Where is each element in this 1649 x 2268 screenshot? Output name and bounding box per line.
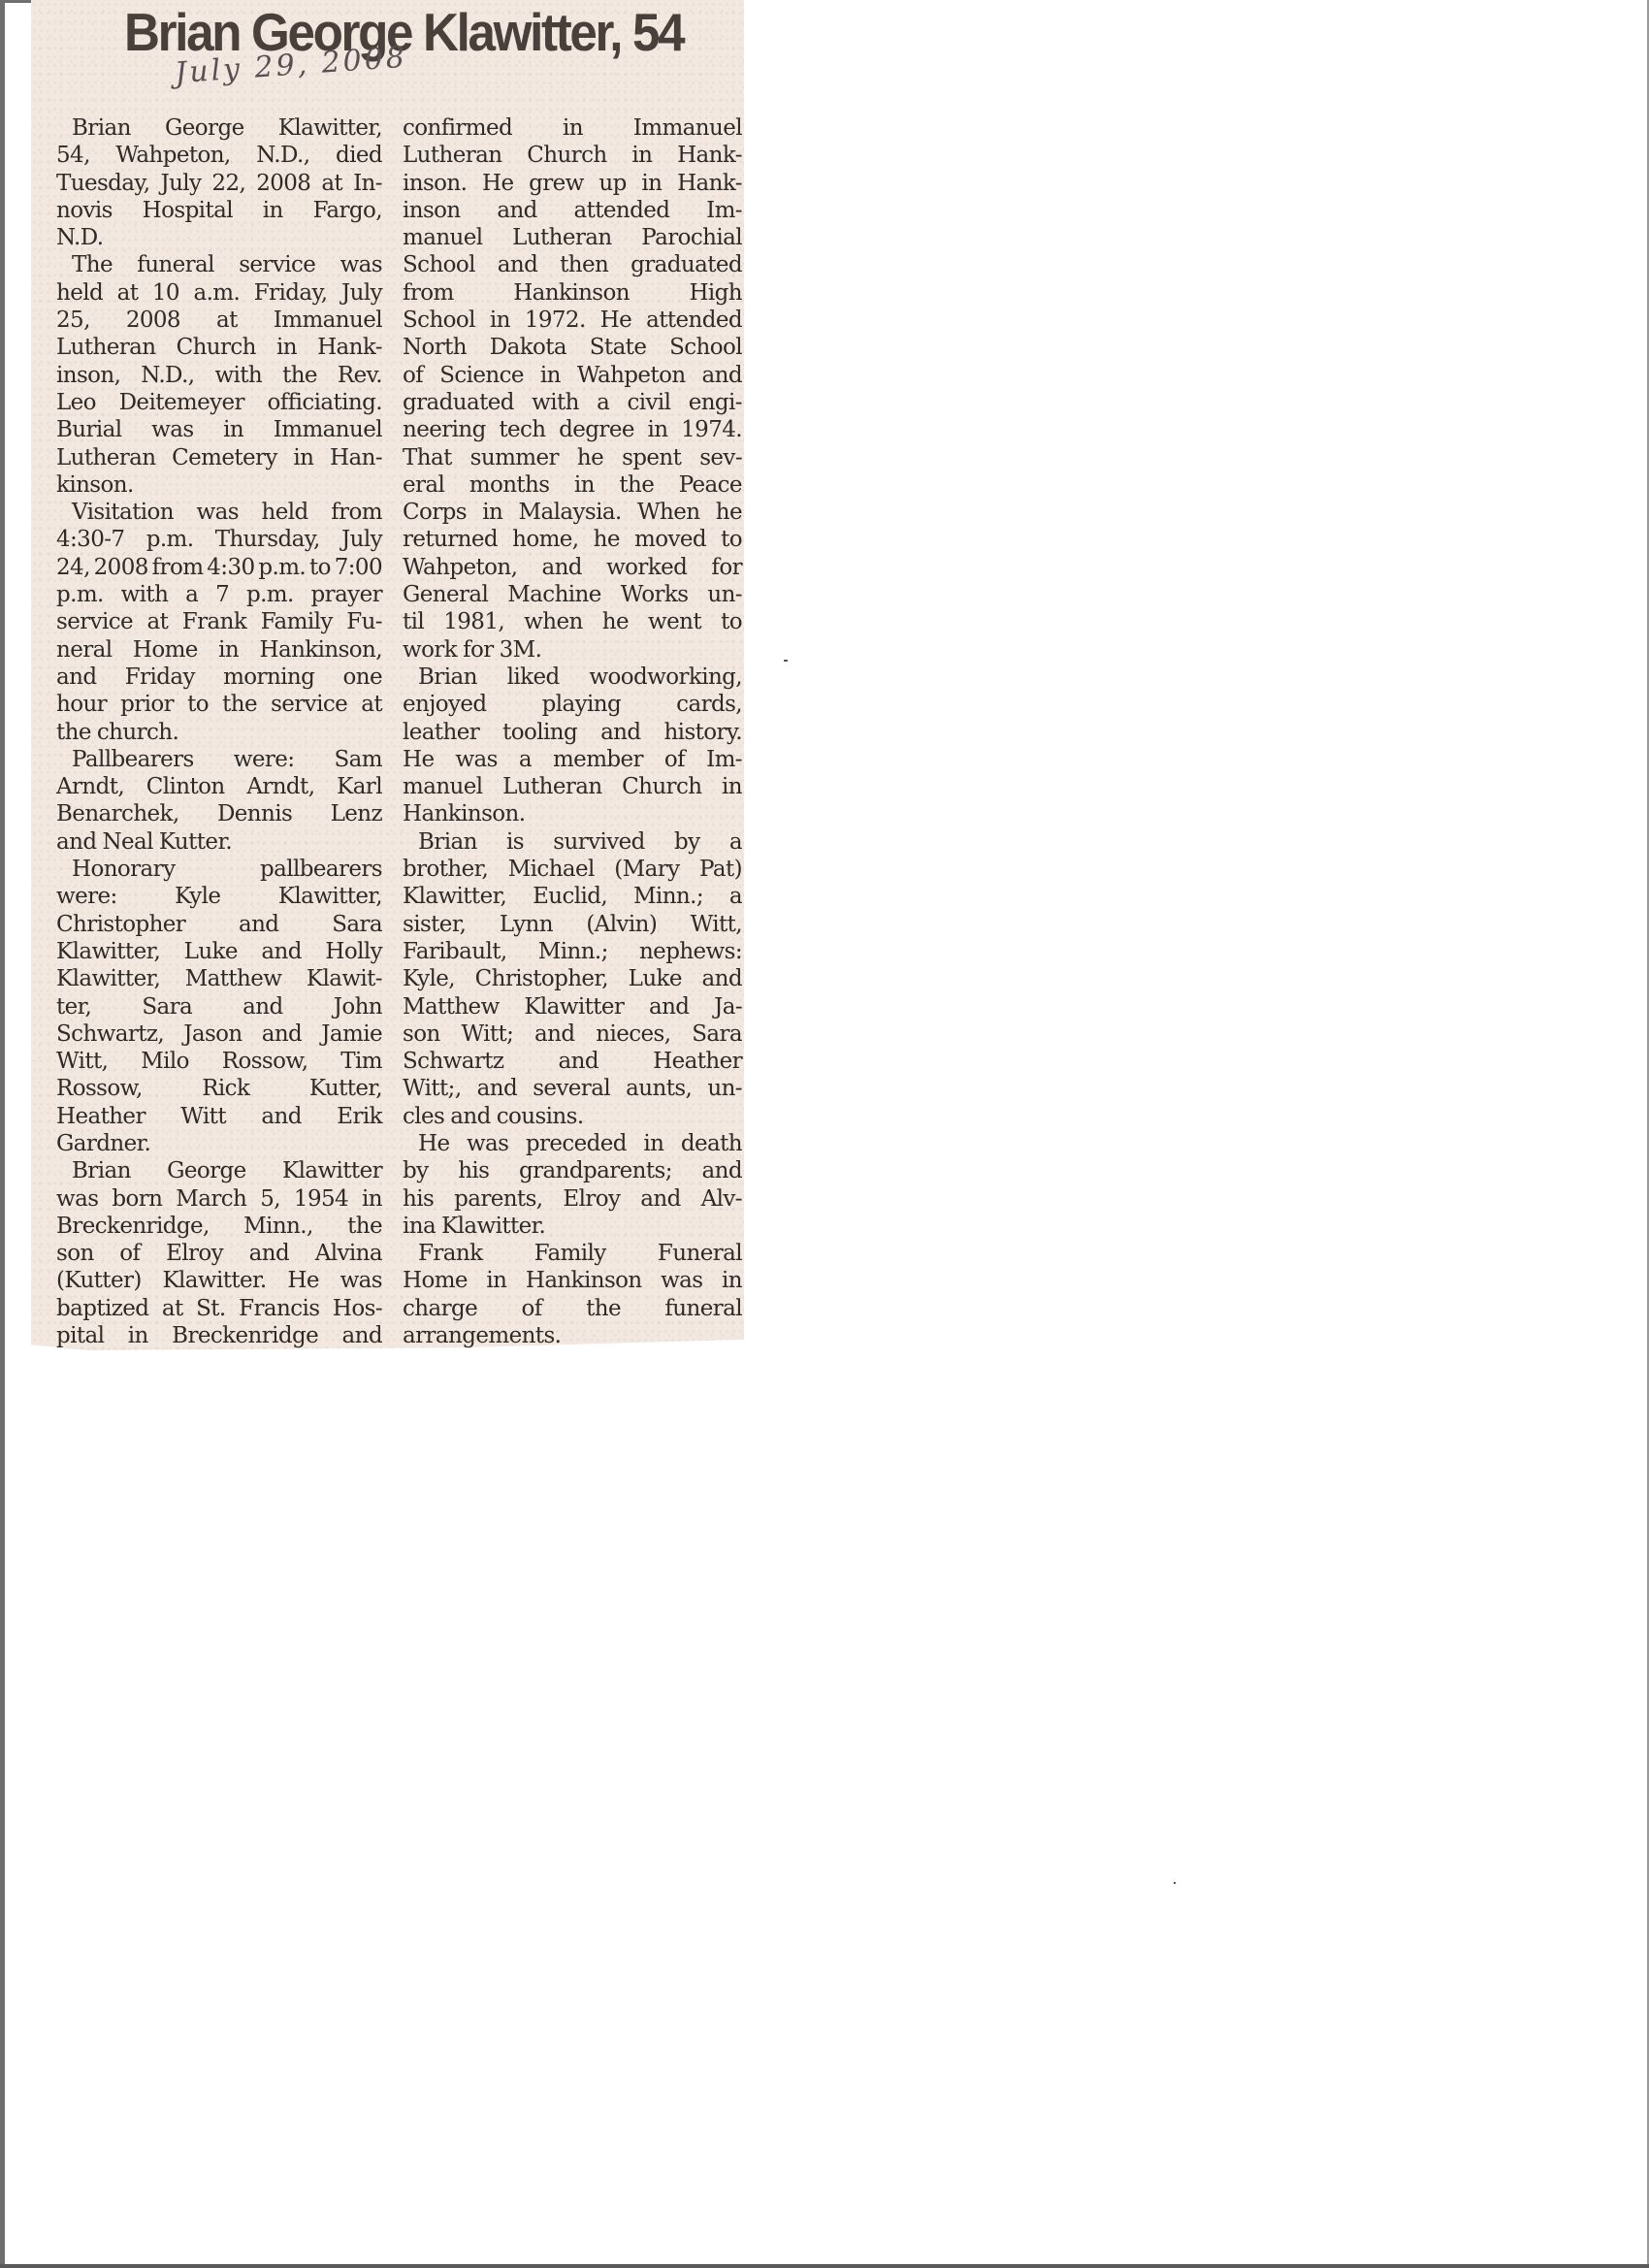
text-line: clesandcousins. [403, 1103, 742, 1130]
text-line: Tuesday,July22,2008atIn- [56, 170, 382, 197]
text-line: 25,2008atImmanuel [56, 307, 382, 334]
text-line: LutheranCemeteryinHan- [56, 444, 382, 471]
text-line: ChristopherandSara [56, 911, 382, 938]
text-line: Schoolin1972.Heattended [403, 307, 742, 334]
text-line: Rossow,RickKutter, [56, 1075, 382, 1102]
text-line: (Kutter)Klawitter.Hewas [56, 1267, 382, 1294]
text-line: hisparents,ElroyandAlv- [403, 1185, 742, 1213]
text-line: hourpriortotheserviceat [56, 691, 382, 718]
text-line: SchwartzandHeather [403, 1048, 742, 1075]
text-line: novisHospitalinFargo, [56, 197, 382, 224]
text-line: wasbornMarch5,1954in [56, 1185, 382, 1213]
text-line: Thefuneralservicewas [56, 251, 382, 278]
text-line: Brianissurvivedbya [403, 828, 742, 856]
text-line: Klawitter,LukeandHolly [56, 938, 382, 965]
article-column-left: BrianGeorgeKlawitter,54,Wahpeton,N.D.,di… [56, 114, 382, 1349]
text-line: pitalinBreckenridgeand [56, 1322, 382, 1349]
text-line: ofScienceinWahpetonand [403, 362, 742, 389]
text-line: MatthewKlawitterandJa- [403, 993, 742, 1021]
text-line: sister,Lynn(Alvin)Witt, [403, 911, 742, 938]
text-line: ter,SaraandJohn [56, 993, 382, 1021]
text-line: BrianGeorgeKlawitter [56, 1157, 382, 1184]
text-line: Thatsummerhespentsev- [403, 444, 742, 471]
article-column-right: confirmedinImmanuelLutheranChurchinHank-… [403, 114, 742, 1349]
text-line: chargeofthefuneral [403, 1295, 742, 1322]
text-line: workfor3M. [403, 636, 742, 664]
text-line: LutheranChurchinHank- [403, 142, 742, 169]
text-line: thechurch. [56, 719, 382, 746]
text-line: eralmonthsinthePeace [403, 471, 742, 499]
text-line: Pallbearerswere:Sam [56, 746, 382, 773]
text-line: inson.HegrewupinHank- [403, 170, 742, 197]
scanner-edge-left [0, 0, 5, 2268]
text-line: heldat10a.m.Friday,July [56, 279, 382, 307]
text-line: arrangements. [403, 1322, 742, 1349]
text-line: enjoyedplayingcards, [403, 691, 742, 718]
text-line: brother,Michael(MaryPat) [403, 856, 742, 883]
text-line: 24,2008from4:30p.m.to7:00 [56, 554, 382, 581]
text-line: Faribault,Minn.;nephews: [403, 938, 742, 965]
text-line: Brianlikedwoodworking, [403, 664, 742, 691]
text-line: Breckenridge,Minn.,the [56, 1213, 382, 1240]
text-line: returnedhome,hemovedto [403, 526, 742, 553]
text-line: manuelLutheranParochial [403, 224, 742, 251]
text-line: Visitationwasheldfrom [56, 499, 382, 526]
text-line: confirmedinImmanuel [403, 114, 742, 142]
text-line: were:KyleKlawitter, [56, 883, 382, 910]
text-line: LutheranChurchinHank- [56, 334, 382, 361]
text-line: HewasamemberofIm- [403, 746, 742, 773]
text-line: CorpsinMalaysia.Whenhe [403, 499, 742, 526]
text-line: baptizedatSt.FrancisHos- [56, 1295, 382, 1322]
text-line: Kyle,Christopher,Lukeand [403, 965, 742, 992]
text-line: Hewasprecededindeath [403, 1130, 742, 1157]
scanner-edge-bottom [0, 2264, 1649, 2268]
text-line: FrankFamilyFuneral [403, 1240, 742, 1267]
text-line: andFridaymorningone [56, 664, 382, 691]
text-line: Klawitter,Euclid,Minn.;a [403, 883, 742, 910]
text-line: inson,N.D.,withtheRev. [56, 362, 382, 389]
text-line: leathertoolingandhistory. [403, 719, 742, 746]
text-line: kinson. [56, 471, 382, 499]
text-line: graduatedwithacivilengi- [403, 389, 742, 416]
text-line: Honorarypallbearers [56, 856, 382, 883]
scan-speck [1174, 1882, 1176, 1884]
text-line: N.D. [56, 224, 382, 251]
text-line: neeringtechdegreein1974. [403, 416, 742, 443]
text-line: Wahpeton,andworkedfor [403, 554, 742, 581]
text-line: Arndt,ClintonArndt,Karl [56, 773, 382, 800]
text-line: Gardner. [56, 1130, 382, 1157]
text-line: neralHomeinHankinson, [56, 636, 382, 664]
scan-speck [784, 660, 788, 662]
text-line: BurialwasinImmanuel [56, 416, 382, 443]
text-line: serviceatFrankFamilyFu- [56, 608, 382, 635]
text-line: p.m.witha7p.m.prayer [56, 581, 382, 608]
text-line: sonofElroyandAlvina [56, 1240, 382, 1267]
text-line: Witt,MiloRossow,Tim [56, 1048, 382, 1075]
text-line: Benarchek,DennisLenz [56, 800, 382, 827]
text-line: til1981,whenhewentto [403, 608, 742, 635]
text-line: inaKlawitter. [403, 1213, 742, 1240]
text-line: GeneralMachineWorksun- [403, 581, 742, 608]
text-line: sonWitt;andnieces,Sara [403, 1021, 742, 1048]
text-line: Hankinson. [403, 800, 742, 827]
text-line: manuelLutheranChurchin [403, 773, 742, 800]
text-line: 4:30-7p.m.Thursday,July [56, 526, 382, 553]
text-line: Witt;,andseveralaunts,un- [403, 1075, 742, 1102]
text-line: NorthDakotaStateSchool [403, 334, 742, 361]
text-line: Klawitter,MatthewKlawit- [56, 965, 382, 992]
text-line: HomeinHankinsonwasin [403, 1267, 742, 1294]
text-line: andNealKutter. [56, 828, 382, 856]
text-line: Schoolandthengraduated [403, 251, 742, 278]
text-line: 54,Wahpeton,N.D.,died [56, 142, 382, 169]
text-line: Schwartz,JasonandJamie [56, 1021, 382, 1048]
text-line: HeatherWittandErik [56, 1103, 382, 1130]
text-line: LeoDeitemeyerofficiating. [56, 389, 382, 416]
text-line: byhisgrandparents;and [403, 1157, 742, 1184]
text-line: fromHankinsonHigh [403, 279, 742, 307]
text-line: BrianGeorgeKlawitter, [56, 114, 382, 142]
text-line: insonandattendedIm- [403, 197, 742, 224]
